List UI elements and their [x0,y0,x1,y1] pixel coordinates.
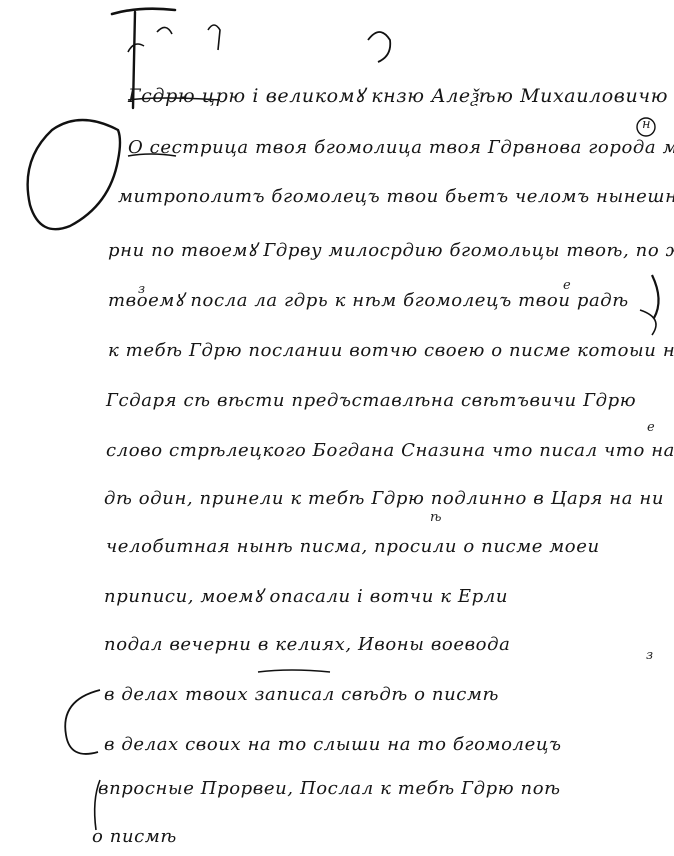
manuscript-line-9: дѣ один, принели к тебѣ Гдрю подлинно в … [104,488,664,509]
manuscript-line-13: в делах твоих записал свѣдѣ о писмѣ [104,684,499,705]
superscript-mark: з [646,648,653,663]
superscript-mark: е [563,278,571,293]
manuscript-page: Гсдрю црю i великомꙋ кнзю Алеѯѣю Михаило… [0,0,674,856]
superscript-mark: н [642,117,651,132]
manuscript-line-6: к тебѣ Гдрю послании вотчю своею о писме… [108,340,674,361]
manuscript-line-7: Гсдаря сѣ вѣсти предъставлѣна свѣтъвичи … [106,390,636,411]
superscript-mark: е [647,420,655,435]
initial-letter-flourishes [0,0,674,856]
manuscript-line-14: в делах своих на то слыши на то бгомолец… [104,734,562,755]
superscript-mark: ѣ [430,510,441,525]
manuscript-line-12: подал вечерни в келиях, Ивоны воевода [104,634,510,655]
superscript-mark: з [138,282,145,297]
manuscript-line-5: твоемꙋ посла ла гдрь к нѣм бгомолецъ тво… [108,288,629,312]
manuscript-line-1: Гсдрю црю i великомꙋ кнзю Алеѯѣю Михаило… [128,82,668,108]
manuscript-line-16: о писмѣ [92,826,177,847]
manuscript-line-2: О сестрица твоя бгомолица твоя Гдрвнова … [128,137,674,158]
manuscript-line-10: челобитная нынѣ писма, просили о писме м… [106,536,600,557]
manuscript-line-8: слово стрѣлецкого Богдана Сназина что пи… [106,440,674,461]
manuscript-line-3: митрополитъ бгомолецъ твои бьетъ челомъ … [118,186,674,207]
manuscript-line-15: впросные Прорвеи, Послал к тебѣ Гдрю поѣ [98,778,561,799]
manuscript-line-4: рни по твоемꙋ Гдрву милосрдию бгомольцы … [108,238,674,262]
manuscript-line-11: приписи, моемꙋ опасали i вотчи к Ерли [104,584,508,608]
